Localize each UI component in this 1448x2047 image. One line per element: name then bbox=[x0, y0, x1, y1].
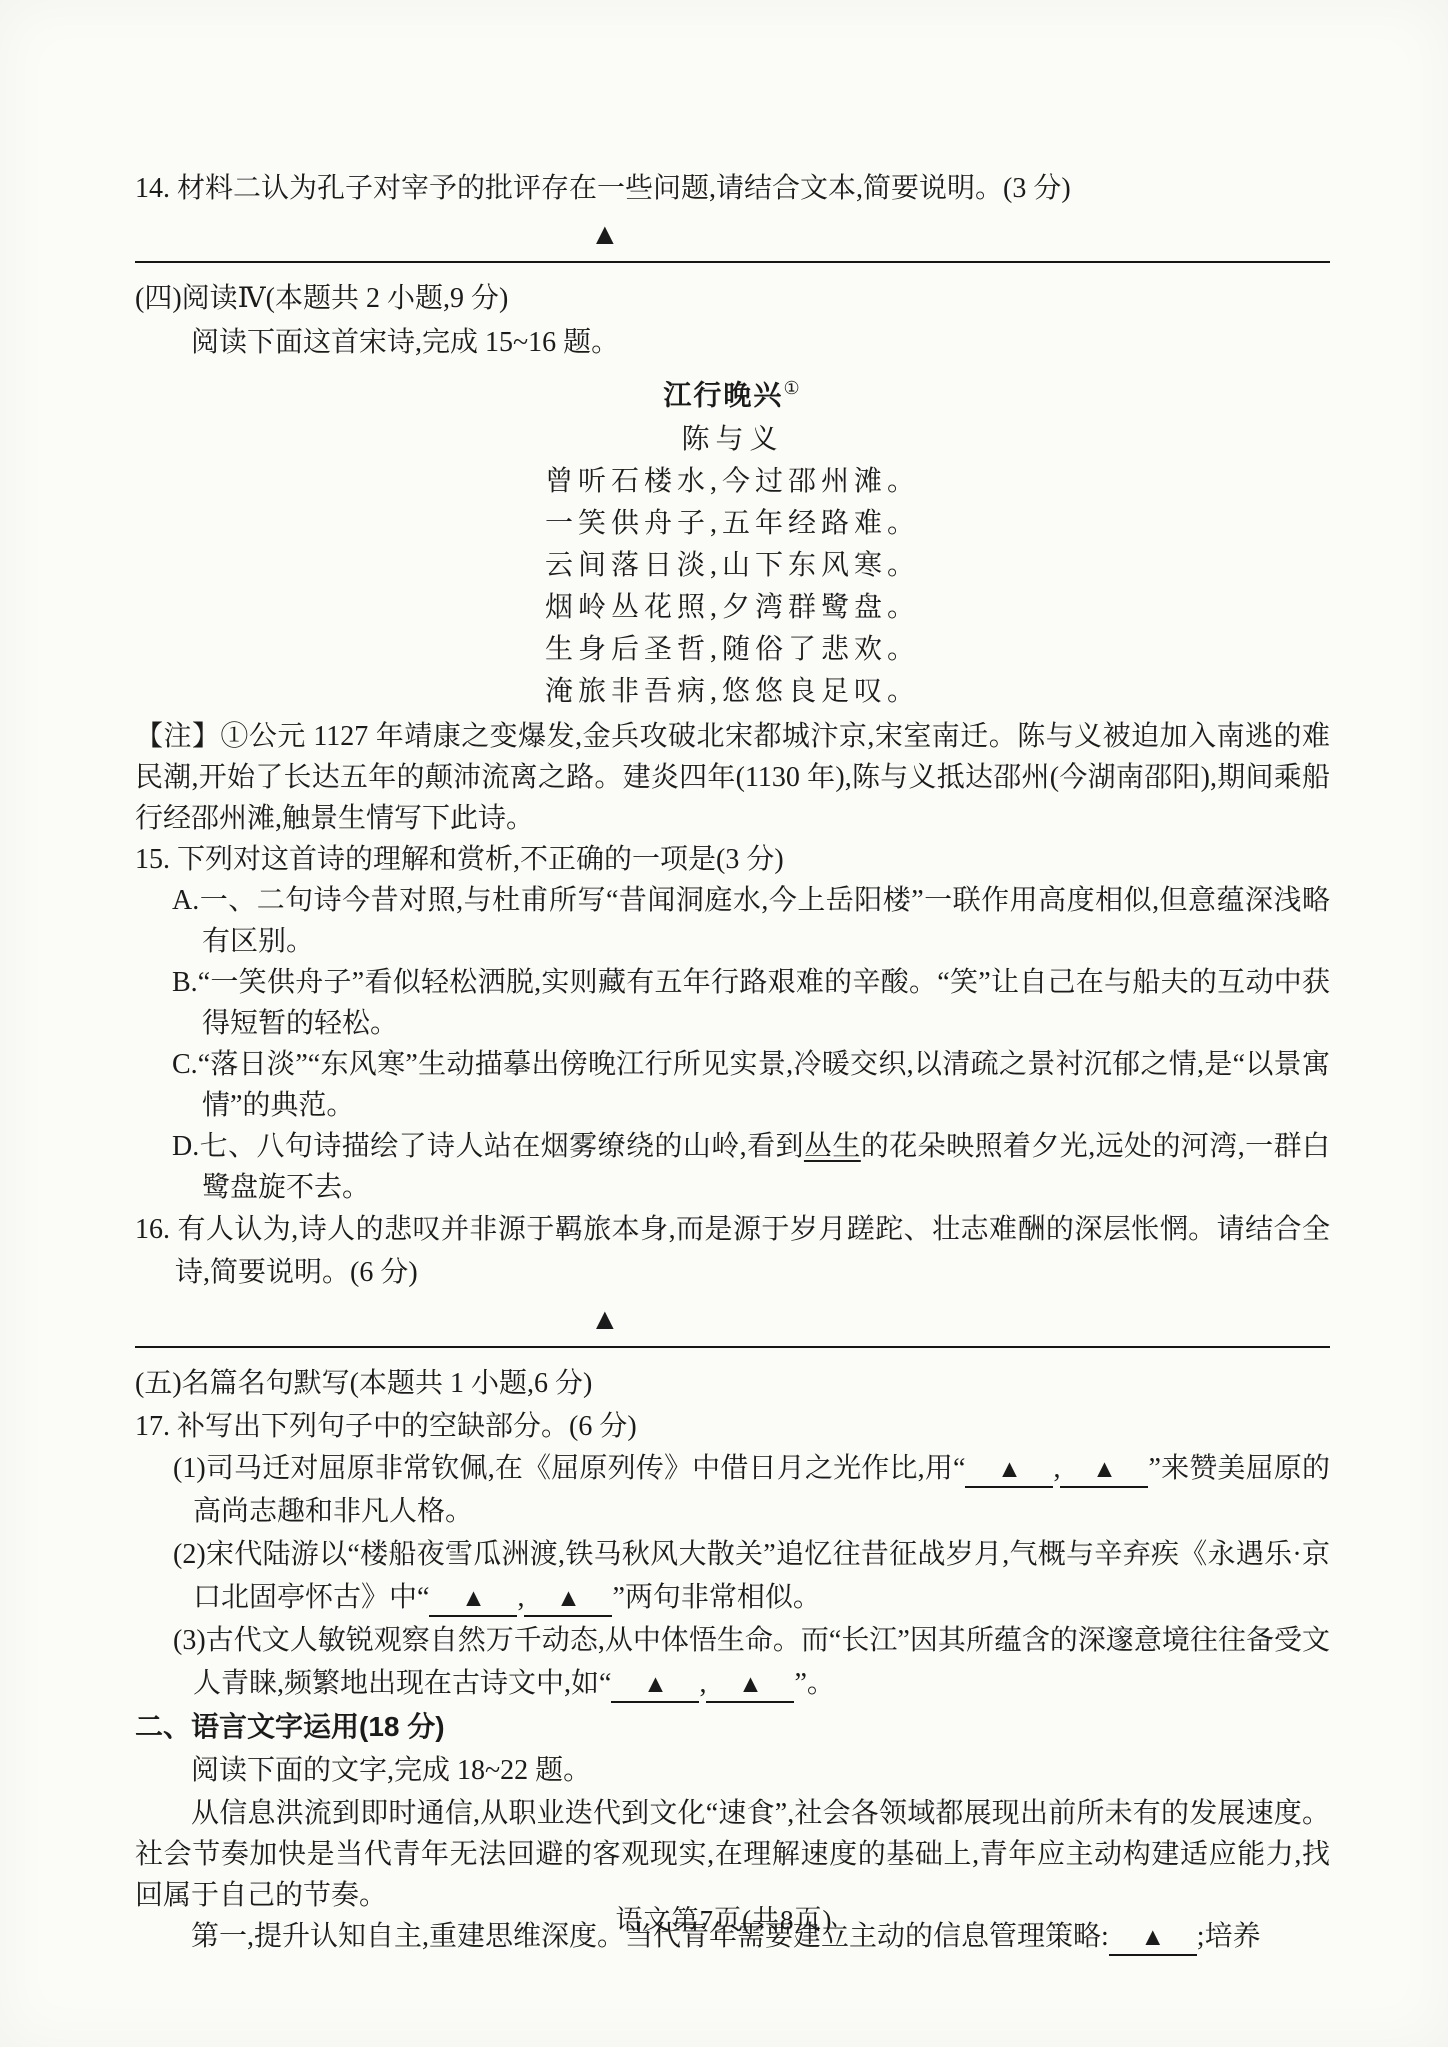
item-number: (1) bbox=[173, 1453, 206, 1484]
option-c: C.“落日淡”“东风寒”生动描摹出傍晚江行所见实景,冷暖交织,以清疏之景衬沉郁之… bbox=[172, 1044, 1330, 1126]
section-5-heading: (五)名篇名句默写(本题共 1 小题,6 分) bbox=[135, 1362, 1330, 1406]
poem-line: 烟岭丛花照,夕湾群鹭盘。 bbox=[135, 587, 1330, 629]
item-number: (3) bbox=[173, 1625, 206, 1656]
underlined-word: 丛生 bbox=[804, 1131, 861, 1162]
poem: 江行晚兴① 陈与义 曾听石楼水,今过邵州滩。 一笑供舟子,五年经路难。 云间落日… bbox=[135, 365, 1330, 713]
blank-triangle-icon: ▲ bbox=[997, 1456, 1022, 1483]
blank-triangle-icon: ▲ bbox=[1092, 1456, 1117, 1483]
option-text: 一、二句诗今昔对照,与杜甫所写“昔闻洞庭水,今上岳阳楼”一联作用高度相似,但意蕴… bbox=[199, 885, 1330, 957]
option-label: C. bbox=[172, 1049, 198, 1080]
blank-triangle-icon: ▲ bbox=[556, 1585, 581, 1612]
answer-blank: ▲ bbox=[706, 1667, 794, 1703]
question-17-item-1: (1)司马迁对屈原非常钦佩,在《屈原列传》中借日月之光作比,用“▲,▲”来赞美屈… bbox=[173, 1447, 1330, 1533]
poem-line: 淹旅非吾病,悠悠良足叹。 bbox=[135, 671, 1330, 713]
poem-title-text: 江行晚兴 bbox=[663, 380, 783, 411]
answer-area-marker-1: ▲ bbox=[135, 209, 1330, 261]
poem-line: 生身后圣哲,随俗了悲欢。 bbox=[135, 629, 1330, 671]
option-d: D.七、八句诗描绘了诗人站在烟雾缭绕的山岭,看到丛生的花朵映照着夕光,远处的河湾… bbox=[172, 1126, 1330, 1208]
answer-area-marker-2: ▲ bbox=[135, 1294, 1330, 1346]
option-label: A. bbox=[172, 885, 199, 916]
question-16: 16. 有人认为,诗人的悲叹并非源于羁旅本身,而是源于岁月蹉跎、壮志难酬的深层怅… bbox=[135, 1208, 1330, 1294]
answer-blank: ▲ bbox=[524, 1581, 612, 1617]
triangle-icon: ▲ bbox=[590, 218, 620, 251]
option-a: A.一、二句诗今昔对照,与杜甫所写“昔闻洞庭水,今上岳阳楼”一联作用高度相似,但… bbox=[172, 880, 1330, 962]
option-label: B. bbox=[172, 967, 198, 998]
poem-author: 陈与义 bbox=[135, 419, 1330, 461]
option-text: “一笑供舟子”看似轻松洒脱,实则藏有五年行路艰难的辛酸。“笑”让自己在与船夫的互… bbox=[198, 967, 1330, 1039]
poem-line: 曾听石楼水,今过邵州滩。 bbox=[135, 461, 1330, 503]
blank-separator: , bbox=[699, 1668, 706, 1699]
answer-blank: ▲ bbox=[965, 1452, 1053, 1488]
answer-blank: ▲ bbox=[611, 1667, 699, 1703]
blank-separator: , bbox=[517, 1582, 524, 1613]
blank-triangle-icon: ▲ bbox=[643, 1671, 668, 1698]
option-text: “落日淡”“东风寒”生动描摹出傍晚江行所见实景,冷暖交织,以清疏之景衬沉郁之情,… bbox=[198, 1049, 1330, 1121]
question-14: 14. 材料二认为孔子对宰予的批评存在一些问题,请结合文本,简要说明。(3 分) bbox=[135, 168, 1330, 209]
blank-separator: , bbox=[1053, 1453, 1060, 1484]
section-divider-2 bbox=[135, 1346, 1330, 1348]
question-15-stem: 15. 下列对这首诗的理解和赏析,不正确的一项是(3 分) bbox=[135, 839, 1330, 880]
poem-footnote-marker: ① bbox=[783, 378, 801, 398]
section-divider-1 bbox=[135, 261, 1330, 263]
question-17-item-2: (2)宋代陆游以“楼船夜雪瓜洲渡,铁马秋风大散关”追忆往昔征战岁月,气概与辛弃疾… bbox=[173, 1533, 1330, 1619]
answer-blank: ▲ bbox=[1060, 1452, 1148, 1488]
section-4-heading: (四)阅读Ⅳ(本题共 2 小题,9 分) bbox=[135, 277, 1330, 321]
question-17-stem: 17. 补写出下列句子中的空缺部分。(6 分) bbox=[135, 1406, 1330, 1447]
poem-title: 江行晚兴① bbox=[135, 365, 1330, 419]
item-text-pre: 司马迁对屈原非常钦佩,在《屈原列传》中借日月之光作比,用“ bbox=[206, 1453, 966, 1484]
page-content: 14. 材料二认为孔子对宰予的批评存在一些问题,请结合文本,简要说明。(3 分)… bbox=[135, 168, 1330, 1957]
exam-paper-page: 14. 材料二认为孔子对宰予的批评存在一些问题,请结合文本,简要说明。(3 分)… bbox=[0, 0, 1448, 2047]
item-text-post: ”两句非常相似。 bbox=[612, 1582, 820, 1613]
page-footer: 语文第7页(共8页) bbox=[0, 1898, 1448, 1937]
section-4-intro: 阅读下面这首宋诗,完成 15~16 题。 bbox=[135, 321, 1330, 365]
answer-blank: ▲ bbox=[429, 1581, 517, 1617]
option-text-pre: 七、八句诗描绘了诗人站在烟雾缭绕的山岭,看到 bbox=[199, 1131, 804, 1162]
option-b: B.“一笑供舟子”看似轻松洒脱,实则藏有五年行路艰难的辛酸。“笑”让自己在与船夫… bbox=[172, 962, 1330, 1044]
blank-triangle-icon: ▲ bbox=[738, 1671, 763, 1698]
section-2-intro: 阅读下面的文字,完成 18~22 题。 bbox=[135, 1749, 1330, 1793]
poem-note: 【注】①公元 1127 年靖康之变爆发,金兵攻破北宋都城汴京,宋室南迁。陈与义被… bbox=[135, 716, 1330, 839]
question-17-item-3: (3)古代文人敏锐观察自然万千动态,从中体悟生命。而“长江”因其所蕴含的深邃意境… bbox=[173, 1619, 1330, 1705]
item-number: (2) bbox=[173, 1539, 206, 1570]
poem-line: 云间落日淡,山下东风寒。 bbox=[135, 545, 1330, 587]
triangle-icon: ▲ bbox=[590, 1303, 620, 1336]
option-label: D. bbox=[172, 1131, 199, 1162]
section-2-heading: 二、语言文字运用(18 分) bbox=[135, 1705, 1330, 1749]
blank-triangle-icon: ▲ bbox=[461, 1585, 486, 1612]
poem-line: 一笑供舟子,五年经路难。 bbox=[135, 503, 1330, 545]
item-text-post: ”。 bbox=[794, 1668, 834, 1699]
